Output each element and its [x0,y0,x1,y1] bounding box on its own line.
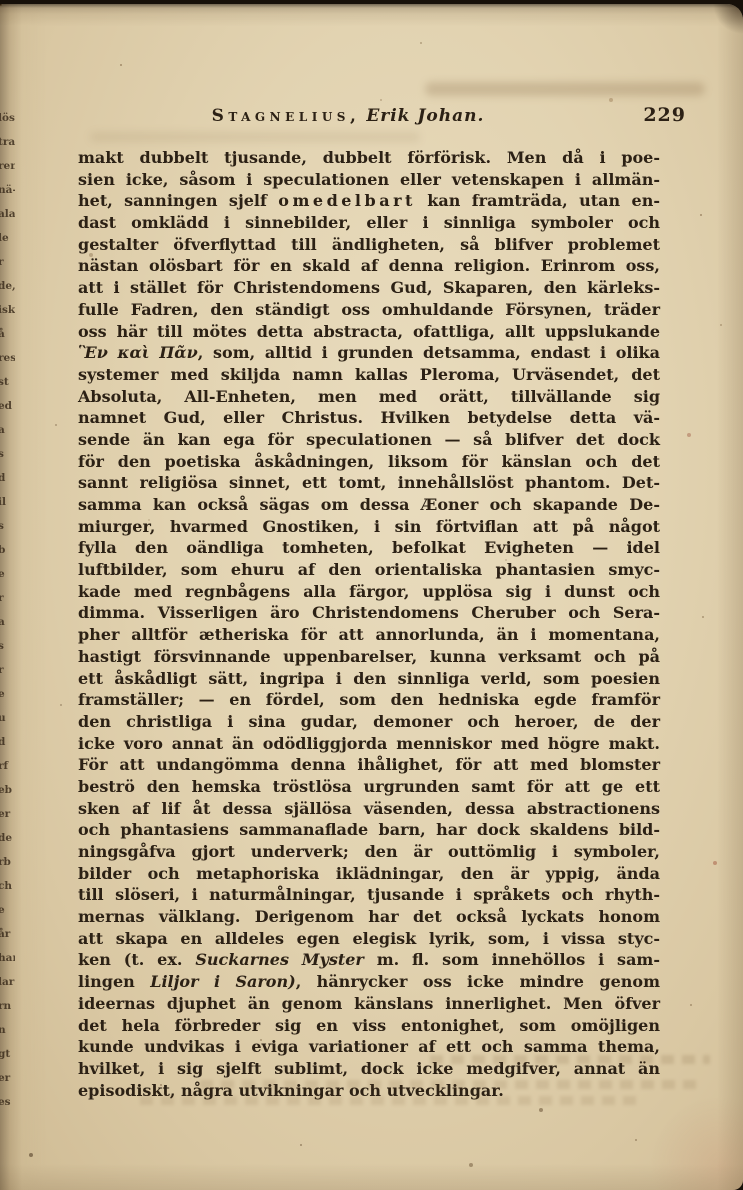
bleed-smudge [425,82,705,96]
text-line: fulle Fadren, den ständigt oss omhuldand… [78,299,660,321]
text-line: ideernas djuphet än genom känslans inner… [78,993,660,1015]
text-line: ett åskådligt sätt, ingripa i den sinnli… [78,668,660,690]
text-line: systemer med skiljda namn kallas Pleroma… [78,364,660,386]
text-line: dast omklädd i sinnebilder, eller i sinn… [78,212,660,234]
text-line: bilder och metaphoriska iklädningar, den… [78,863,660,885]
text-line: sken af lif åt dessa själlösa väsenden, … [78,798,660,820]
text-line: icke voro annat än odödliggjorda mennisk… [78,733,660,755]
text-line: För att undangömma denna ihålighet, för … [78,754,660,776]
author-name: Stagnelius, [212,106,361,126]
text-line: pher alltför ætheriska för att annorlund… [78,624,660,646]
text-line: makt dubbelt tjusande, dubbelt förförisk… [78,147,660,169]
text-line: ningsgåfva gjort underverk; den är outtö… [78,841,660,863]
text-line: det hela förbreder sig en viss entonighe… [78,1015,660,1037]
text-line: mernas välklang. Derigenom har det också… [78,906,660,928]
text-line: Absoluta, All-Enheten, men med orätt, ti… [78,386,660,408]
book-page: Stagnelius, Erik Johan. 229 makt dubbelt… [0,4,743,1190]
text-line: samma kan också sägas om dessa Æoner och… [78,494,660,516]
text-line: sien icke, såsom i speculationen eller v… [78,169,660,191]
italic-text: Suckarnes Myster [195,950,364,969]
text-line: het, sanningen sjelf omedelbart kan fram… [78,190,660,212]
text-line: och phantasiens sammanaflade barn, har d… [78,819,660,841]
text-line: framställer; — en fördel, som den hednis… [78,689,660,711]
text-line: oss här till mötes detta abstracta, ofat… [78,321,660,343]
letterspaced-text: omedelbart [278,191,416,210]
text-line: episodiskt, några utvikningar och utveck… [78,1080,660,1102]
text-line: den christliga i sina gudar, demoner och… [78,711,660,733]
text-line: att i stället för Christendomens Gud, Sk… [78,277,660,299]
text-line: sende än kan ega för speculationen — så … [78,429,660,451]
text-line: namnet Gud, eller Christus. Hvilken bety… [78,407,660,429]
text-line: kade med regnbågens alla färgor, upplösa… [78,581,660,603]
text-line: luftbilder, som ehuru af den orientalisk… [78,559,660,581]
text-line: miurger, hvarmed Gnostiken, i sin förtvi… [78,516,660,538]
text-line: beströ den hemska tröstlösa urgrunden sa… [78,776,660,798]
italic-text: Ἓν καὶ Πᾶν [78,343,198,362]
text-line: sannt religiösa sinnet, ett tomt, innehå… [78,472,660,494]
page-header: Stagnelius, Erik Johan. 229 [78,106,660,130]
text-line: fylla den oändliga tomheten, befolkat Ev… [78,537,660,559]
text-line: Ἓν καὶ Πᾶν, som, alltid i grunden detsam… [78,342,660,364]
text-line: gestalter öfverflyttad till ändligheten,… [78,234,660,256]
text-line: nästan olösbart för en skald af denna re… [78,255,660,277]
page-title: Stagnelius, Erik Johan. [78,106,618,126]
author-forename: Erik Johan. [366,106,484,126]
text-line: hastigt försvinnande uppenbarelser, kunn… [78,646,660,668]
text-line: kunde undvikas i eviga variationer af et… [78,1036,660,1058]
text-line: för den poetiska åskådningen, liksom för… [78,451,660,473]
text-line: att skapa en alldeles egen elegisk lyrik… [78,928,660,950]
bleed-smudge [90,132,420,142]
italic-text: Liljor i Saron) [150,972,295,991]
text-line: dimma. Visserligen äro Christendomens Ch… [78,602,660,624]
body-text: makt dubbelt tjusande, dubbelt förförisk… [78,147,660,1101]
page-number: 229 [643,104,686,126]
text-line: lingen Liljor i Saron), hänrycker oss ic… [78,971,660,993]
text-line: ken (t. ex. Suckarnes Myster m. fl. som … [78,949,660,971]
text-line: till slöseri, i naturmålningar, tjusande… [78,884,660,906]
text-line: hvilket, i sig sjelft sublimt, dock icke… [78,1058,660,1080]
